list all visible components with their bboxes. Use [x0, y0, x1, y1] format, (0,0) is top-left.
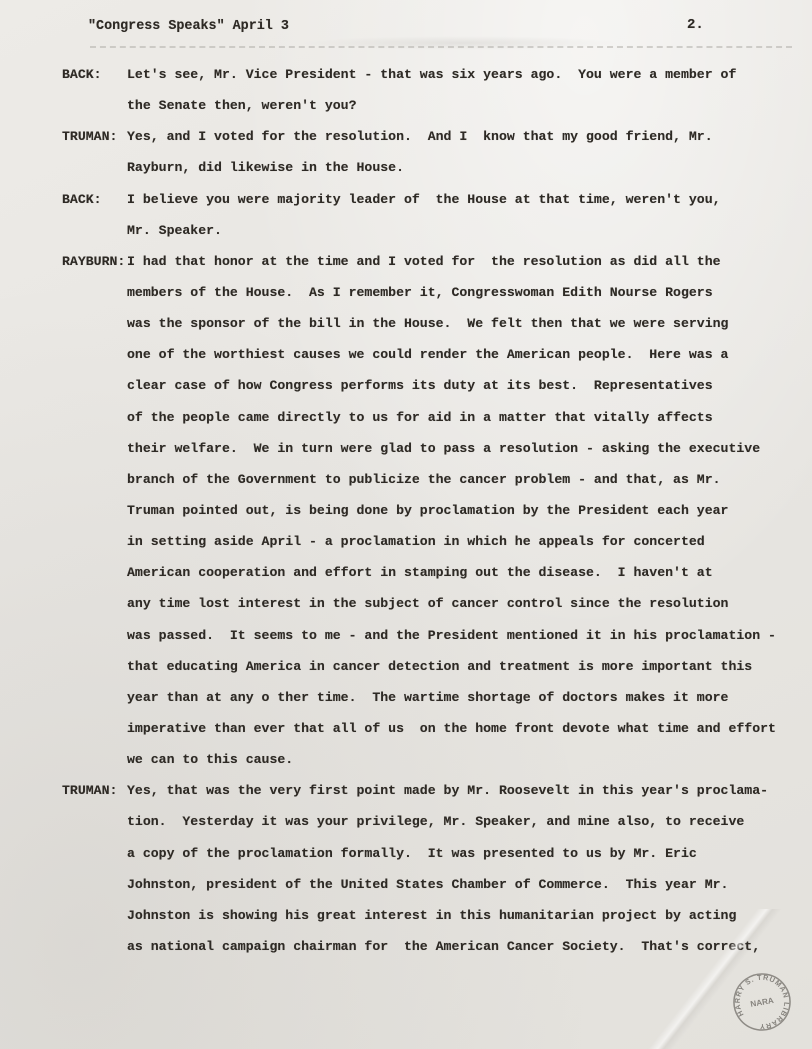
dialogue-text: Yes, that was the very first point made …: [127, 783, 768, 798]
dialogue-line: was passed. It seems to me - and the Pre…: [0, 625, 812, 656]
dialogue-line: was the sponsor of the bill in the House…: [0, 313, 812, 344]
dialogue-line: RAYBURN:I had that honor at the time and…: [0, 251, 812, 282]
dialogue-text: was the sponsor of the bill in the House…: [127, 316, 728, 331]
dialogue-line: imperative than ever that all of us on t…: [0, 718, 812, 749]
stamp-center-text: NARA: [750, 996, 775, 1009]
dialogue-text: year than at any o ther time. The wartim…: [127, 690, 728, 705]
dialogue-line: Truman pointed out, is being done by pro…: [0, 500, 812, 531]
dialogue-text: that educating America in cancer detecti…: [127, 659, 752, 674]
archive-stamp: HARRY S. TRUMAN LIBRARY NARA: [727, 967, 797, 1037]
dialogue-text: I believe you were majority leader of th…: [127, 192, 721, 207]
dialogue-line: the Senate then, weren't you?: [0, 95, 812, 126]
speaker-label: BACK:: [62, 67, 102, 82]
speaker-label: TRUMAN:: [62, 783, 117, 798]
dialogue-line: of the people came directly to us for ai…: [0, 407, 812, 438]
dialogue-text: Truman pointed out, is being done by pro…: [127, 503, 728, 518]
document-page: "Congress Speaks" April 3 2. BACK:Let's …: [0, 0, 812, 1049]
dialogue-line: BACK:I believe you were majority leader …: [0, 189, 812, 220]
dialogue-line: in setting aside April - a proclamation …: [0, 531, 812, 562]
dialogue-text: Let's see, Mr. Vice President - that was…: [127, 67, 736, 82]
dialogue-text: of the people came directly to us for ai…: [127, 410, 713, 425]
dialogue-text: Yes, and I voted for the resolution. And…: [127, 129, 713, 144]
dialogue-line: tion. Yesterday it was your privilege, M…: [0, 811, 812, 842]
dialogue-text: branch of the Government to publicize th…: [127, 472, 721, 487]
dialogue-line: Johnston is showing his great interest i…: [0, 905, 812, 936]
dialogue-text: Rayburn, did likewise in the House.: [127, 160, 404, 175]
dialogue-text: I had that honor at the time and I voted…: [127, 254, 721, 269]
dialogue-text: their welfare. We in turn were glad to p…: [127, 441, 760, 456]
dialogue-text: imperative than ever that all of us on t…: [127, 721, 776, 736]
dialogue-text: the Senate then, weren't you?: [127, 98, 357, 113]
dialogue-line: TRUMAN:Yes, that was the very first poin…: [0, 780, 812, 811]
dialogue-text: one of the worthiest causes we could ren…: [127, 347, 728, 362]
dialogue-text: in setting aside April - a proclamation …: [127, 534, 705, 549]
dialogue-line: we can to this cause.: [0, 749, 812, 780]
dialogue-text: as national campaign chairman for the Am…: [127, 939, 760, 954]
dialogue-text: members of the House. As I remember it, …: [127, 285, 713, 300]
dialogue-text: was passed. It seems to me - and the Pre…: [127, 628, 776, 643]
speaker-label: RAYBURN:: [62, 254, 125, 269]
dialogue-line: Mr. Speaker.: [0, 220, 812, 251]
dialogue-text: any time lost interest in the subject of…: [127, 596, 728, 611]
dialogue-line: Johnston, president of the United States…: [0, 874, 812, 905]
dialogue-text: tion. Yesterday it was your privilege, M…: [127, 814, 744, 829]
dialogue-line: American cooperation and effort in stamp…: [0, 562, 812, 593]
dialogue-line: clear case of how Congress performs its …: [0, 375, 812, 406]
dialogue-text: Johnston is showing his great interest i…: [127, 908, 736, 923]
dialogue-text: Johnston, president of the United States…: [127, 877, 728, 892]
document-title: "Congress Speaks" April 3: [88, 19, 289, 34]
header-rule: [90, 46, 792, 48]
dialogue-line: BACK:Let's see, Mr. Vice President - tha…: [0, 64, 812, 95]
dialogue-line: their welfare. We in turn were glad to p…: [0, 438, 812, 469]
dialogue-text: clear case of how Congress performs its …: [127, 378, 713, 393]
dialogue-line: TRUMAN:Yes, and I voted for the resoluti…: [0, 126, 812, 157]
dialogue-line: members of the House. As I remember it, …: [0, 282, 812, 313]
dialogue-line: year than at any o ther time. The wartim…: [0, 687, 812, 718]
speaker-label: BACK:: [62, 192, 102, 207]
dialogue-line: that educating America in cancer detecti…: [0, 656, 812, 687]
dialogue-line: branch of the Government to publicize th…: [0, 469, 812, 500]
page-number: 2.: [687, 17, 704, 33]
dialogue-line: Rayburn, did likewise in the House.: [0, 157, 812, 188]
speaker-label: TRUMAN:: [62, 129, 117, 144]
dialogue-line: one of the worthiest causes we could ren…: [0, 344, 812, 375]
dialogue-text: a copy of the proclamation formally. It …: [127, 846, 697, 861]
dialogue-text: we can to this cause.: [127, 752, 293, 767]
dialogue-text: Mr. Speaker.: [127, 223, 222, 238]
dialogue-text: American cooperation and effort in stamp…: [127, 565, 713, 580]
dialogue-body: BACK:Let's see, Mr. Vice President - tha…: [0, 64, 812, 967]
dialogue-line: as national campaign chairman for the Am…: [0, 936, 812, 967]
dialogue-line: any time lost interest in the subject of…: [0, 593, 812, 624]
dialogue-line: a copy of the proclamation formally. It …: [0, 843, 812, 874]
